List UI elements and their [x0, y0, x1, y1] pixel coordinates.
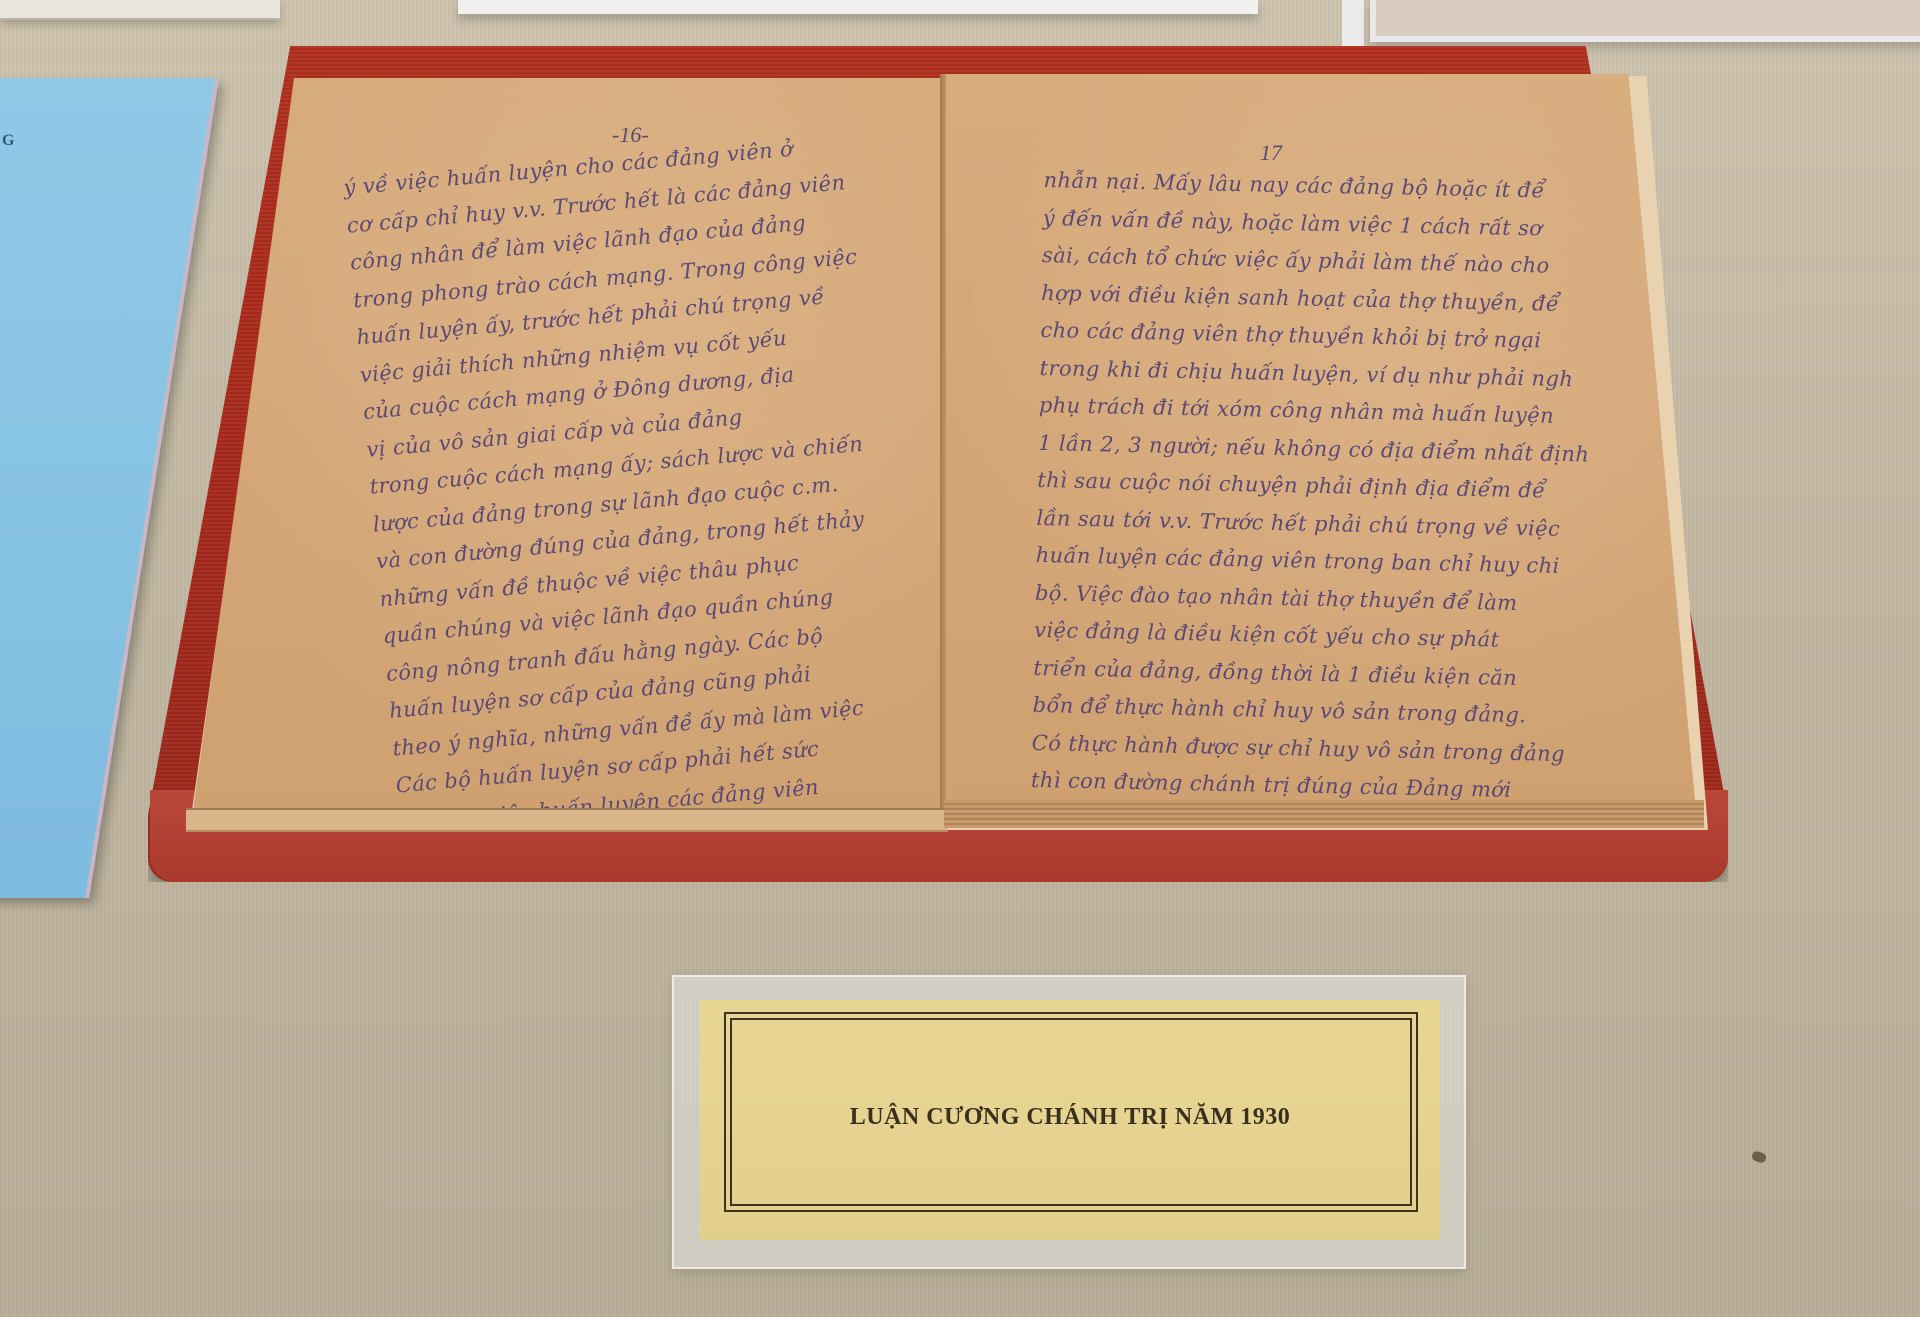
- background-paper-top-center: [458, 0, 1258, 14]
- manuscript-left-page: -16- ý về việc huấn luyện cho các đảng v…: [192, 78, 948, 818]
- page-edges-left: [186, 808, 948, 832]
- right-page-handwriting: nhẫn nại. Mấy lâu nay các đảng bộ hoặc í…: [1031, 162, 1596, 811]
- blue-document-text: G: [2, 132, 14, 150]
- debris-mark: [1751, 1150, 1768, 1164]
- manuscript-right-page: 17 nhẫn nại. Mấy lâu nay các đảng bộ hoặ…: [944, 74, 1696, 812]
- page-edges-right: [944, 800, 1704, 828]
- book-gutter: [940, 74, 946, 814]
- background-paper-edge: [1342, 0, 1364, 50]
- left-page-handwriting: ý về việc huấn luyện cho các đảng viên ở…: [342, 126, 908, 880]
- caption-label: LUẬN CƯƠNG CHÁNH TRỊ NĂM 1930: [700, 1000, 1440, 1240]
- background-framed-document-top-right: [1370, 0, 1920, 42]
- background-paper-top-left: [0, 0, 280, 20]
- right-page-number: 17: [1260, 140, 1282, 166]
- caption-label-title: LUẬN CƯƠNG CHÁNH TRỊ NĂM 1930: [700, 1104, 1440, 1131]
